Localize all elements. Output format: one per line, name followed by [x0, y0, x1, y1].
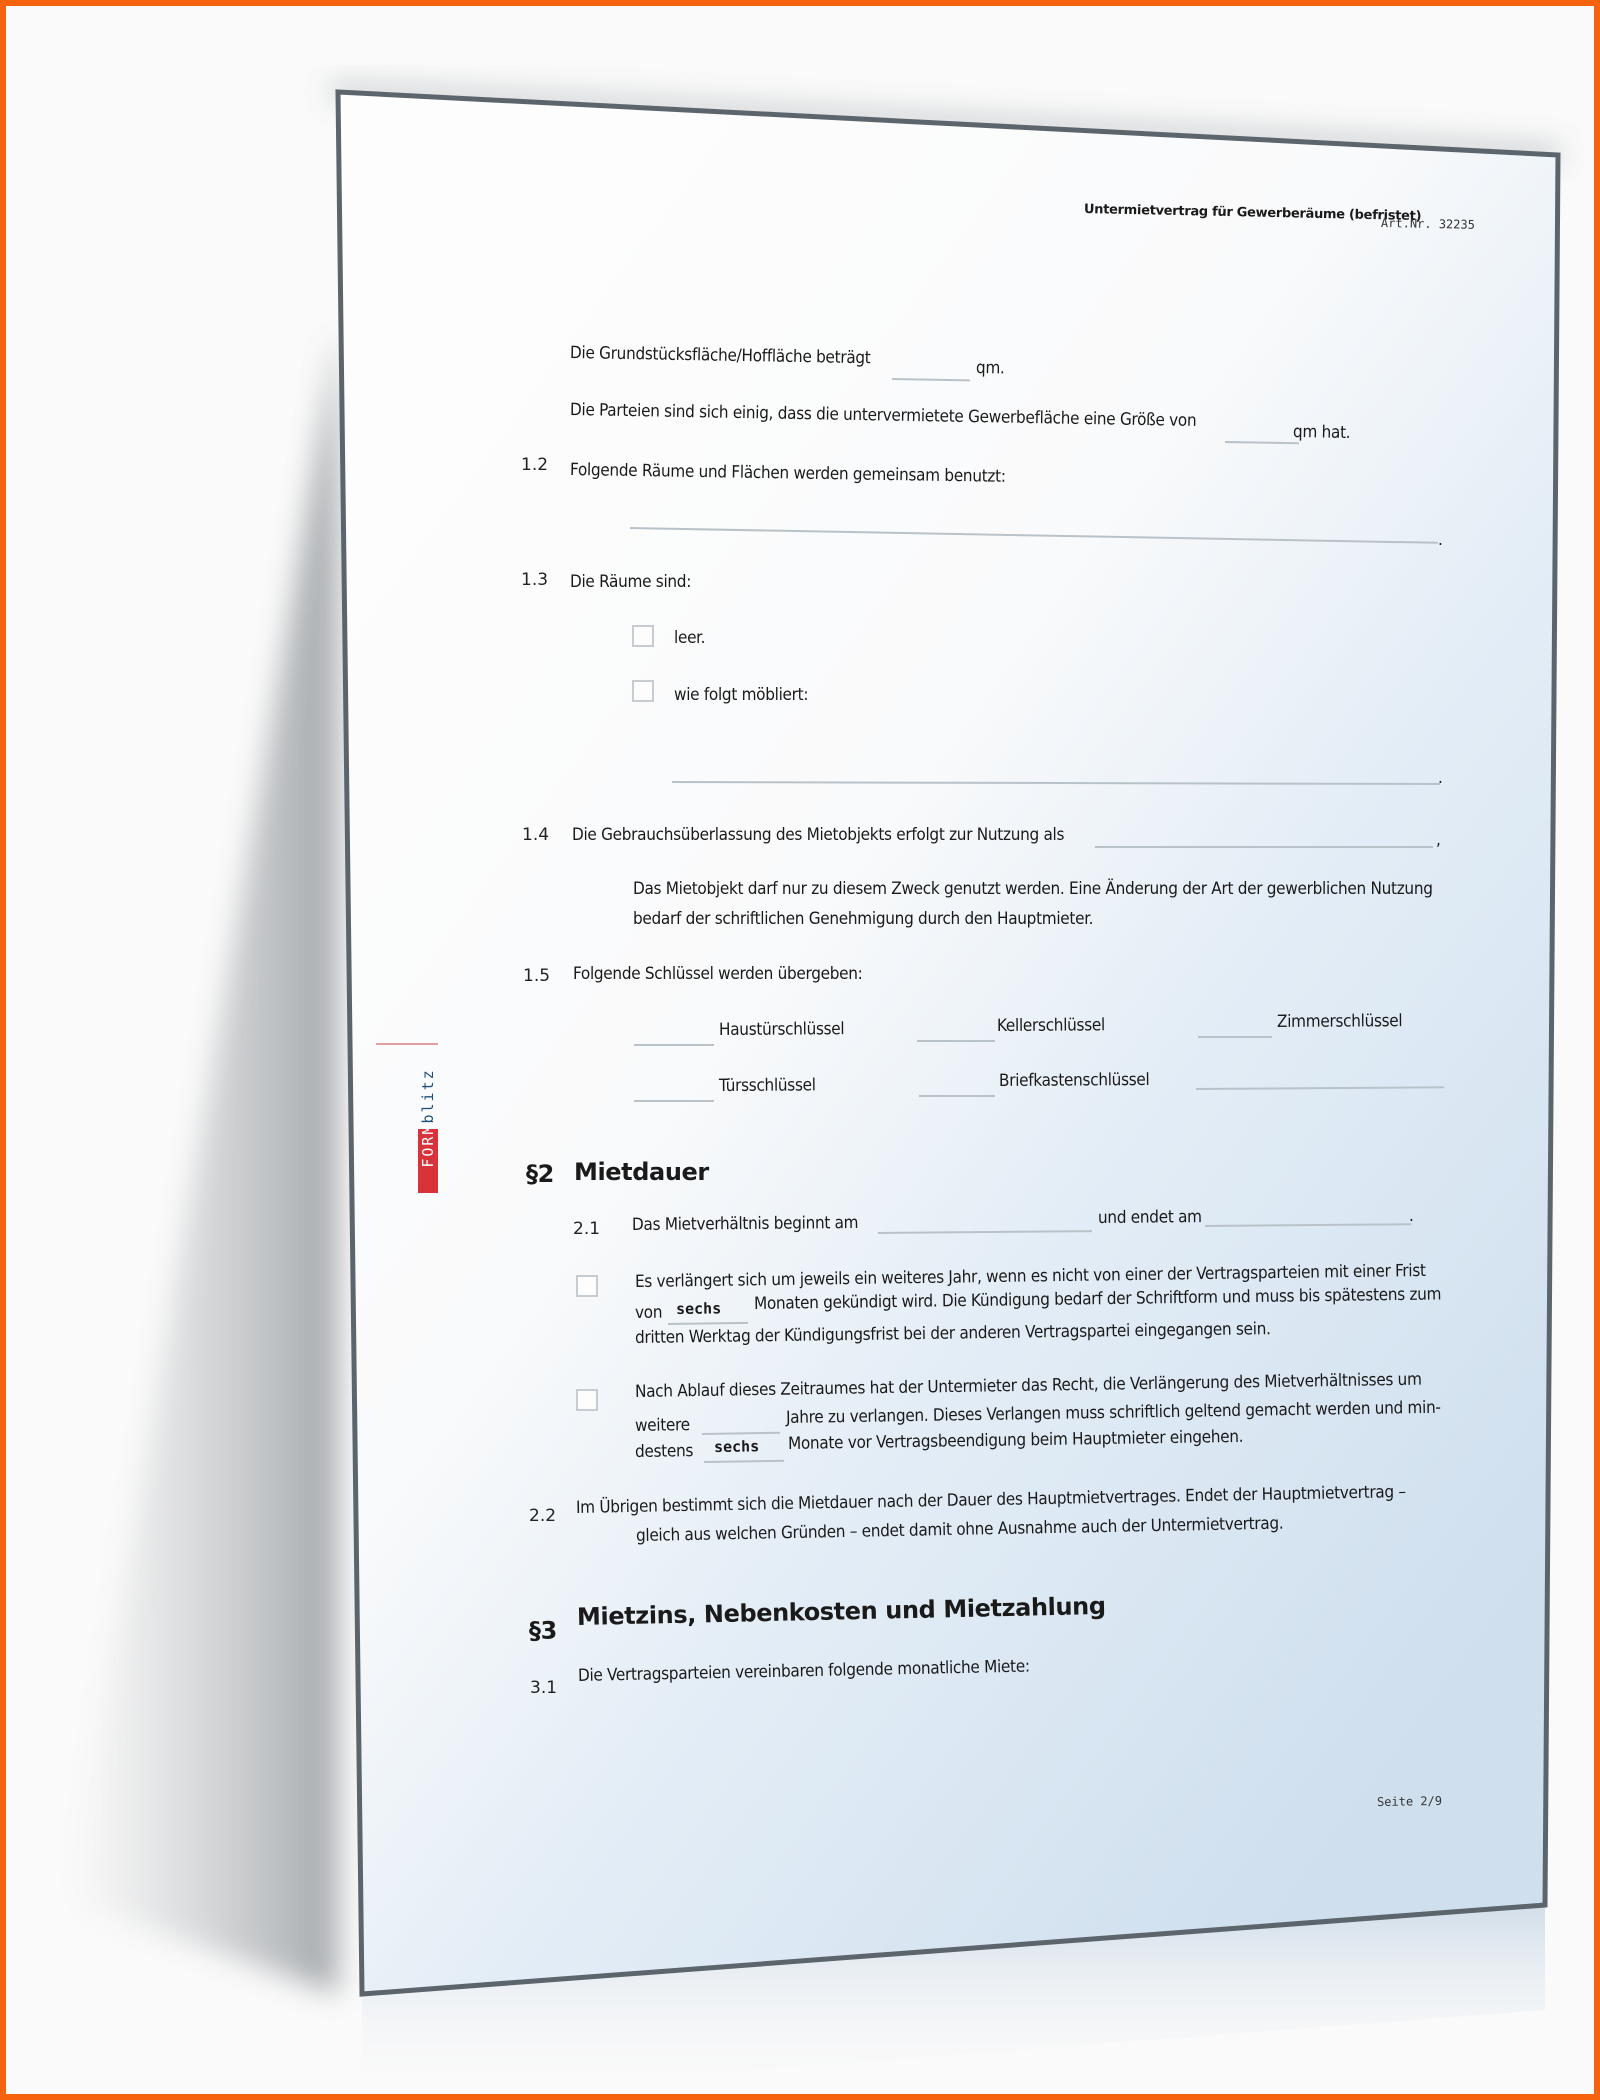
- clause-number-1-2: 1.2: [521, 457, 548, 474]
- key-count-door[interactable]: [634, 1100, 714, 1102]
- clause-number-2-1: 2.1: [573, 1221, 600, 1238]
- article-number: Art.Nr. 32235: [1381, 216, 1475, 232]
- key-label-front-door: Haustürschlüssel: [719, 1021, 844, 1039]
- section-2-symbol: §2: [526, 1160, 554, 1188]
- extension-line-2a: weitere: [635, 1417, 690, 1435]
- clause-number-1-3: 1.3: [521, 572, 548, 589]
- period: .: [1409, 1208, 1414, 1225]
- clause-1-3-text: Die Räume sind:: [570, 574, 691, 591]
- renewal-line-2a: von: [635, 1305, 662, 1322]
- formblitz-logo: FORMblitz: [418, 1043, 438, 1193]
- clause-number-1-4: 1.4: [522, 827, 549, 844]
- clause-2-1-end-text: und endet am: [1098, 1209, 1202, 1227]
- intro-unit-2: qm hat.: [1293, 424, 1351, 442]
- checkbox-empty-rooms[interactable]: [632, 625, 654, 647]
- clause-number-1-5: 1.5: [523, 968, 550, 985]
- checkbox-extension-option[interactable]: [576, 1389, 598, 1411]
- section-2-title: Mietdauer: [574, 1158, 709, 1186]
- clause-1-4-note-1: Das Mietobjekt darf nur zu diesem Zweck …: [633, 881, 1433, 898]
- document-sheet: [0, 0, 1600, 2100]
- clause-1-4-note-2: bedarf der schriftlichen Genehmigung dur…: [633, 911, 1093, 928]
- option-furnished-label: wie folgt möbliert:: [674, 687, 808, 704]
- notice-period-value[interactable]: sechs: [676, 1299, 721, 1318]
- key-label-room: Zimmerschlüssel: [1277, 1013, 1402, 1031]
- checkbox-furnished-rooms[interactable]: [632, 680, 654, 702]
- key-label-door: Türsschlüssel: [719, 1077, 816, 1095]
- key-label-cellar: Kellerschlüssel: [997, 1017, 1105, 1035]
- key-count-mailbox[interactable]: [919, 1095, 995, 1097]
- extension-notice-value[interactable]: sechs: [714, 1437, 759, 1456]
- section-3-symbol: §3: [529, 1616, 557, 1645]
- intro-unit-1: qm.: [976, 360, 1005, 377]
- logo-form: FORM: [419, 1124, 437, 1168]
- extension-line-3a: destens: [635, 1443, 693, 1461]
- checkbox-auto-renewal[interactable]: [576, 1275, 598, 1297]
- logo-blitz: blitz: [419, 1068, 437, 1123]
- key-count-room[interactable]: [1198, 1036, 1272, 1038]
- clause-2-1-begin-text: Das Mietverhältnis beginnt am: [632, 1215, 858, 1234]
- key-label-mailbox: Briefkastenschlüssel: [999, 1072, 1150, 1090]
- key-count-front-door[interactable]: [634, 1044, 714, 1046]
- clause-number-3-1: 3.1: [530, 1680, 557, 1697]
- key-count-cellar[interactable]: [917, 1040, 995, 1042]
- clause-1-4-text: Die Gebrauchsüberlassung des Mietobjekts…: [572, 827, 1064, 844]
- period: .: [1438, 770, 1443, 787]
- clause-number-2-2: 2.2: [529, 1508, 556, 1525]
- period: .: [1438, 532, 1443, 549]
- period: ,: [1436, 832, 1441, 849]
- clause-1-5-text: Folgende Schlüssel werden übergeben:: [573, 966, 863, 983]
- option-empty-label: leer.: [674, 630, 705, 647]
- usage-purpose-field[interactable]: [1095, 846, 1433, 848]
- page-number: Seite 2/9: [1377, 1794, 1442, 1809]
